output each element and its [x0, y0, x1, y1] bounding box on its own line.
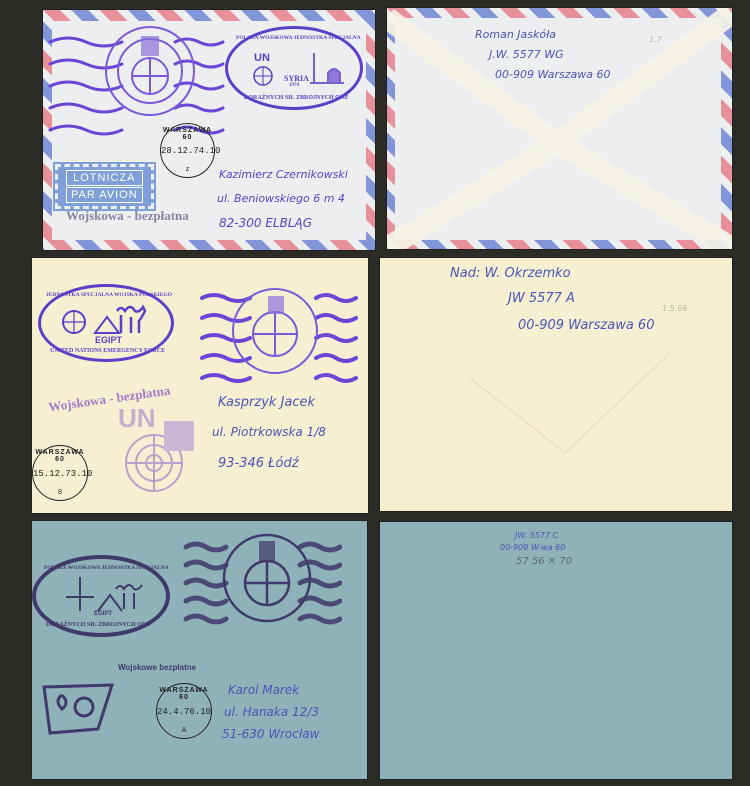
- un-globe-icon: [114, 421, 200, 499]
- recipient-name: Kasprzyk Jacek: [218, 395, 315, 410]
- year-text: 1974: [289, 83, 299, 88]
- pencil-note: 57 56 ✕ 70: [516, 556, 572, 567]
- pencil-note: 1.5.66: [662, 304, 687, 313]
- camel-pyramid-icon: [91, 301, 151, 335]
- un-globe-icon: [61, 309, 87, 335]
- recipient-street: ul. Beniowskiego 6 m 4: [217, 192, 345, 205]
- recipient-city: 93-346 Łódź: [218, 456, 299, 471]
- postmark-warszawa: WARSZAWA 60 15.12.73.10 8: [32, 445, 88, 501]
- envelope-airmail-back: Roman Jaskóła J.W. 5577 WG 00-909 Warsza…: [387, 8, 732, 249]
- postmark-warszawa: WARSZAWA 60 28.12.74.10 z: [160, 123, 215, 178]
- franking-text: Wojskowe bezpłatne: [118, 663, 196, 672]
- envelope-cream-back: Nad: W. Okrzemko JW 5577 A 00-909 Warsza…: [380, 258, 732, 511]
- sender-name: Roman Jaskóła: [475, 28, 556, 41]
- un-globe-icon: [252, 65, 274, 87]
- un-text: UN: [254, 52, 270, 64]
- recipient-name: Karol Marek: [228, 683, 299, 697]
- recipient-city: 51-630 Wrocław: [222, 727, 319, 741]
- sender-unit: J.W. 5577 WG: [489, 48, 564, 61]
- airmail-label: LOTNICZA PAR AVION: [55, 164, 154, 209]
- oval-stamp-bottom-text: DORAŹNYCH SIŁ ZBROJNYCH ONZ: [244, 95, 348, 101]
- sender-unit: JW. 5577 C: [515, 531, 558, 540]
- envelope-flap-seams: [387, 8, 732, 249]
- sender-city: 00-909 W-wa 60: [500, 543, 565, 552]
- un-emblem-eagle-icon: [220, 531, 314, 625]
- un-emblem-eagle-icon: [103, 24, 198, 119]
- sender-unit: JW 5577 A: [508, 291, 575, 306]
- egipt-text: EGIPT: [95, 335, 122, 345]
- oval-stamp-egipt: JEDNOSTKA SPECJALNA WOJSKA POLSKIEGO UNI…: [38, 284, 174, 362]
- oval-stamp-syria: POLSKA WOJSKOWA JEDNOSTKA SPECJALNA DORA…: [225, 26, 363, 110]
- un-emblem-eagle-icon: [230, 284, 320, 378]
- recipient-street: ul. Piotrkowska 1/8: [212, 425, 326, 439]
- sender-city: 00-909 Warszawa 60: [495, 68, 610, 81]
- egipt-text: EGIPT: [94, 611, 112, 617]
- recipient-street: ul. Hanaka 12/3: [224, 705, 319, 719]
- sender-name: Nad: W. Okrzemko: [450, 266, 571, 281]
- oval-stamp-top-text: POLSKA WOJSKOWA JEDNOSTKA SPECJALNA: [44, 565, 169, 571]
- sender-city: 00-909 Warszawa 60: [518, 318, 654, 333]
- mosque-icon: [306, 51, 346, 87]
- envelope-blue-front: POLSKA WOJSKOWA JEDNOSTKA SPECJALNA DORA…: [32, 521, 367, 779]
- envelope-cream-front: JEDNOSTKA SPECJALNA WOJSKA POLSKIEGO UNI…: [32, 258, 368, 513]
- oval-stamp-egipt: POLSKA WOJSKOWA JEDNOSTKA SPECJALNA DORA…: [32, 555, 170, 637]
- postmark-warszawa: WARSZAWA 60 24.4.76.10 A: [156, 683, 212, 739]
- recipient-city: 82-300 ELBLĄG: [219, 216, 312, 230]
- franking-text: Wojskowa - bezpłatna: [66, 208, 189, 224]
- envelope-blue-back: JW. 5577 C 00-909 W-wa 60 57 56 ✕ 70: [380, 522, 732, 779]
- pencil-note: 1.7: [649, 35, 662, 44]
- oval-stamp-bottom-text: UNITED NATIONS EMERGENCY FORCE: [50, 348, 165, 354]
- oval-stamp-top-text: JEDNOSTKA SPECJALNA WOJSKA POLSKIEGO: [46, 292, 172, 298]
- recipient-name: Kazimierz Czernikowski: [219, 168, 348, 181]
- eagle-globe-flag-stamp-icon: [40, 683, 115, 739]
- envelope-airmail-front: POLSKA WOJSKOWA JEDNOSTKA SPECJALNA DORA…: [43, 10, 375, 250]
- cross-camel-pyramid-icon: [58, 575, 148, 615]
- un-cachet: UN: [114, 403, 200, 498]
- oval-stamp-bottom-text: DORAŹNYCH SIŁ ZBROJNYCH ONZ: [46, 622, 150, 628]
- oval-stamp-top-text: POLSKA WOJSKOWA JEDNOSTKA SPECJALNA: [236, 35, 361, 41]
